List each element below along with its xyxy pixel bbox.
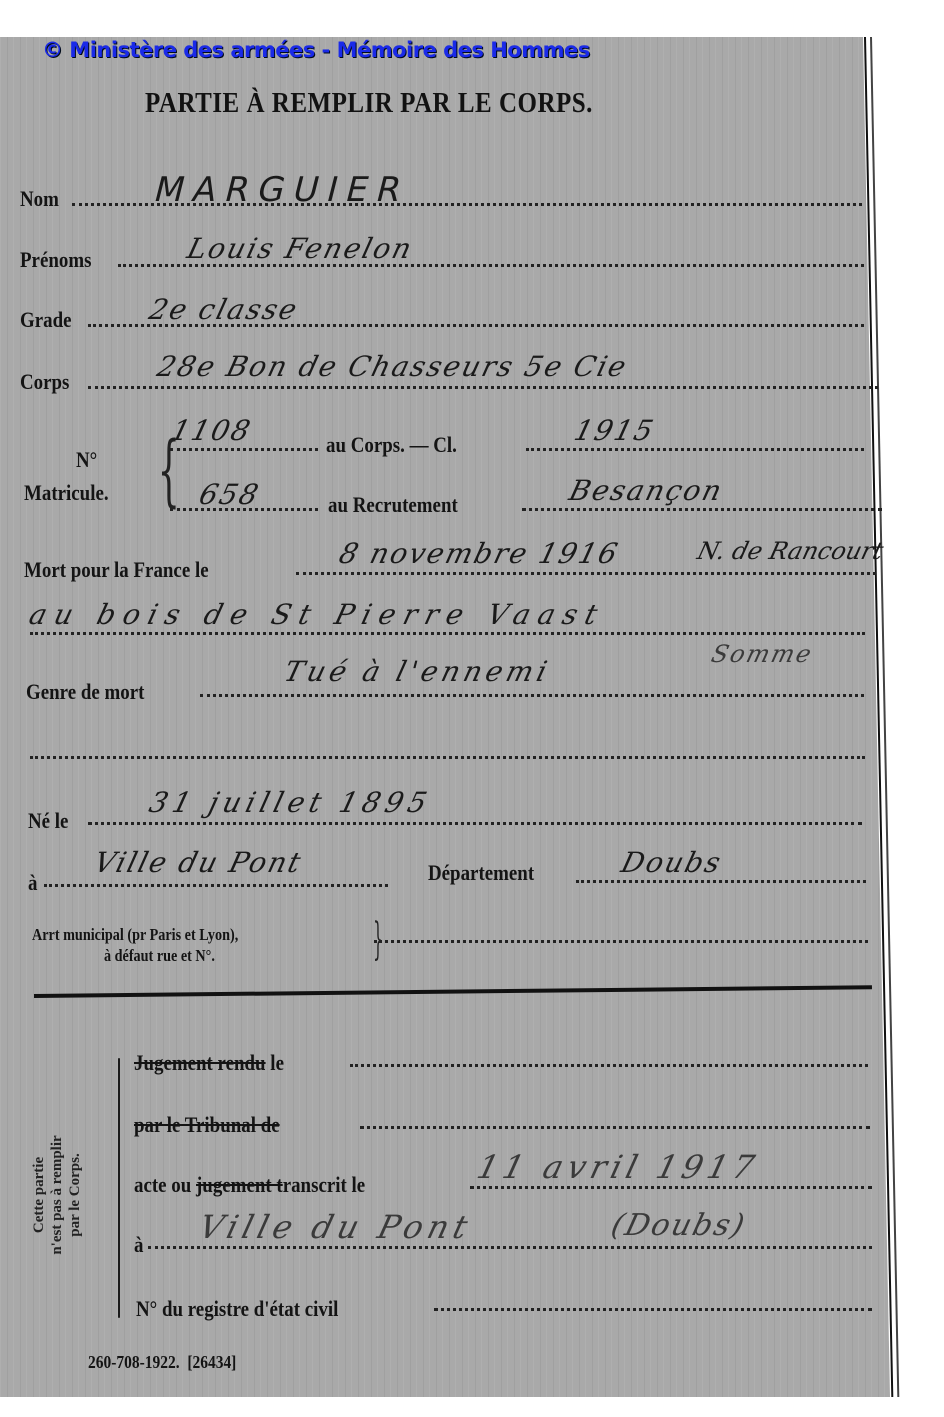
label-transcrit: acte ou jugement transcrit le	[134, 1172, 365, 1198]
dotted-line	[30, 632, 865, 635]
value-genre-de-mort: Tué à l'ennemi	[281, 655, 554, 688]
label-matricule-no: N°	[76, 447, 97, 473]
value-transcrit-departement: (Doubs)	[608, 1208, 750, 1243]
value-naissance-lieu: Ville du Pont	[91, 846, 306, 879]
label-registre: N° du registre d'état civil	[136, 1296, 338, 1322]
dotted-line	[360, 1126, 870, 1129]
dotted-line	[296, 572, 876, 575]
label-grade: Grade	[20, 307, 72, 333]
value-departement: Doubs	[618, 846, 726, 879]
value-mort-note: N. de Rancourt	[695, 537, 887, 565]
dotted-line	[30, 756, 865, 759]
value-mort-lieu: au bois de St Pierre Vaast	[26, 598, 609, 631]
value-classe: 1915	[571, 414, 658, 447]
dotted-line	[470, 1186, 872, 1189]
print-reference: 260-708-1922. [26434]	[88, 1352, 236, 1373]
value-matricule-corps: 1108	[168, 414, 255, 447]
dotted-line	[44, 884, 388, 887]
value-matricule-recrutement: 658	[196, 478, 264, 511]
label-departement: Département	[428, 860, 534, 886]
label-arrondissement: Arrt municipal (pr Paris et Lyon),	[32, 925, 238, 945]
dotted-line	[350, 1064, 868, 1067]
label-transcrit-a: à	[134, 1232, 143, 1258]
dotted-line	[522, 508, 882, 511]
dotted-line	[374, 940, 868, 943]
label-au-recrutement: au Recrutement	[328, 492, 458, 518]
label-corps: Corps	[20, 369, 69, 395]
dotted-line	[200, 694, 864, 697]
label-naissance-a: à	[28, 870, 37, 896]
value-corps: 28e Bon de Chasseurs 5e Cie	[154, 350, 631, 383]
value-transcrit-date: 11 avril 1917	[473, 1148, 763, 1186]
label-tribunal: par le Tribunal de	[134, 1112, 280, 1138]
value-naissance-date: 31 juillet 1895	[146, 786, 435, 819]
side-note: Cette partie n'est pas à remplir par le …	[30, 1110, 120, 1280]
dotted-line	[88, 822, 862, 825]
dotted-line	[148, 1246, 872, 1249]
value-transcrit-lieu: Ville du Pont	[195, 1208, 476, 1246]
dotted-line	[170, 448, 318, 451]
label-arrondissement-rue: à défaut rue et N°.	[104, 946, 215, 966]
label-mort-le: Mort pour la France le	[24, 557, 209, 583]
value-prenoms: Louis Fenelon	[184, 232, 417, 265]
value-mort-date: 8 novembre 1916	[336, 537, 623, 570]
value-recrutement-place: Besançon	[566, 474, 727, 507]
value-grade: 2e classe	[146, 293, 302, 326]
label-prenoms: Prénoms	[20, 247, 91, 273]
value-mort-departement: Somme	[709, 640, 817, 668]
dotted-line	[526, 448, 864, 451]
bracket-line	[118, 1058, 120, 1318]
label-au-corps-classe: au Corps. — Cl.	[326, 432, 457, 458]
value-nom: MARGUIER	[150, 170, 415, 210]
label-matricule: Matricule.	[24, 480, 109, 506]
dotted-line	[88, 386, 878, 389]
page-title: PARTIE À REMPLIR PAR LE CORPS.	[145, 88, 593, 120]
dotted-line	[434, 1308, 872, 1311]
label-jugement: Jugement rendu le	[134, 1050, 284, 1076]
label-ne-le: Né le	[28, 808, 68, 834]
label-nom: Nom	[20, 186, 59, 212]
dotted-line	[576, 880, 866, 883]
copyright-watermark: © Ministère des armées - Mémoire des Hom…	[42, 38, 590, 62]
label-genre-de-mort: Genre de mort	[26, 679, 144, 705]
